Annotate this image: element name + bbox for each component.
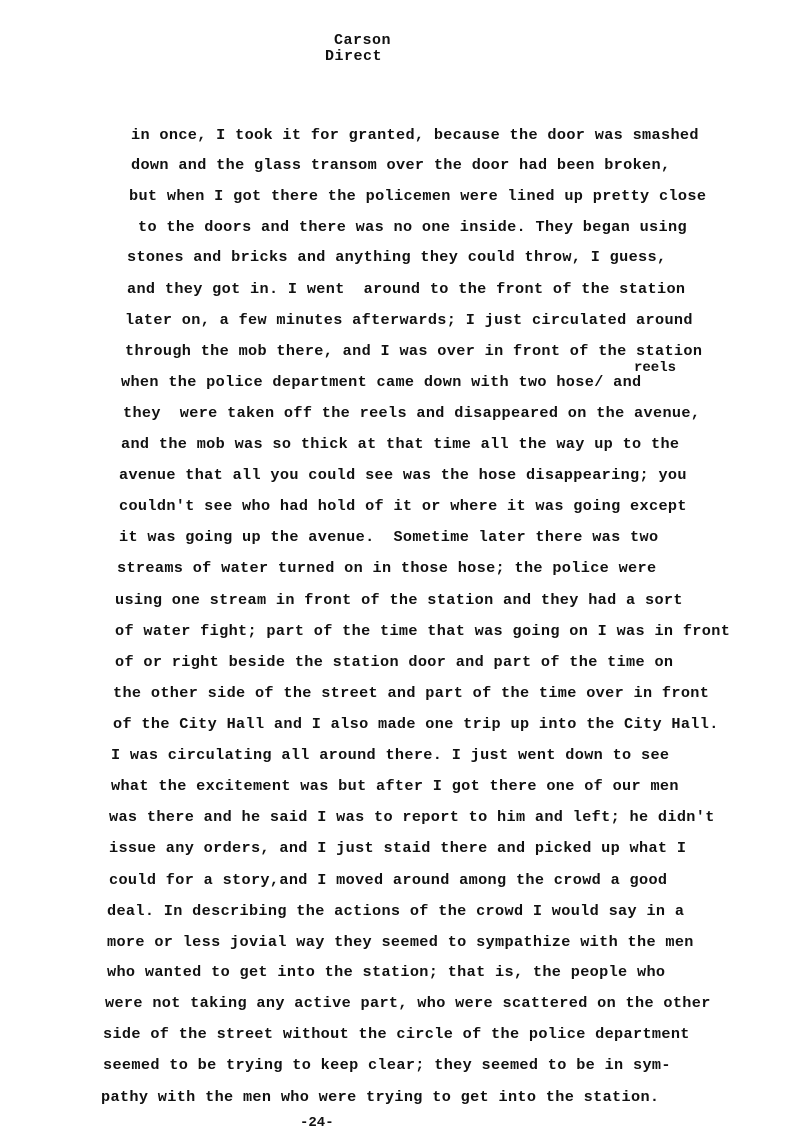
text-line: stones and bricks and anything they coul…: [127, 249, 666, 265]
text-line: pathy with the men who were trying to ge…: [101, 1089, 659, 1105]
text-line: deal. In describing the actions of the c…: [107, 903, 684, 919]
text-line: streams of water turned on in those hose…: [117, 560, 656, 576]
text-line: when the police department came down wit…: [121, 374, 642, 390]
text-line: what the excitement was but after I got …: [111, 778, 679, 794]
text-line: later on, a few minutes afterwards; I ju…: [125, 312, 693, 328]
text-line: down and the glass transom over the door…: [131, 157, 670, 173]
text-line: of water fight; part of the time that wa…: [115, 623, 730, 639]
text-line: more or less jovial way they seemed to s…: [107, 934, 694, 950]
text-line: who wanted to get into the station; that…: [107, 964, 665, 980]
text-line: using one stream in front of the station…: [115, 592, 683, 608]
text-line: of the City Hall and I also made one tri…: [113, 716, 719, 732]
text-line: through the mob there, and I was over in…: [125, 343, 702, 359]
page-number: -24-: [300, 1115, 334, 1131]
text-line: were not taking any active part, who wer…: [105, 995, 711, 1011]
text-line: side of the street without the circle of…: [103, 1026, 690, 1042]
examination-type: Direct: [325, 49, 382, 65]
text-line: could for a story,and I moved around amo…: [109, 872, 667, 888]
text-line: they were taken off the reels and disapp…: [123, 405, 700, 421]
text-line: I was circulating all around there. I ju…: [111, 747, 669, 763]
text-line: seemed to be trying to keep clear; they …: [103, 1057, 671, 1073]
text-line: in once, I took it for granted, because …: [131, 127, 699, 143]
text-line: the other side of the street and part of…: [113, 685, 709, 701]
text-line: it was going up the avenue. Sometime lat…: [119, 529, 658, 545]
text-line: avenue that all you could see was the ho…: [119, 467, 687, 483]
text-line: issue any orders, and I just staid there…: [109, 840, 686, 856]
text-line: but when I got there the policemen were …: [129, 188, 706, 204]
witness-name: Carson: [334, 33, 391, 49]
text-line: to the doors and there was no one inside…: [138, 219, 687, 235]
text-line: of or right beside the station door and …: [115, 654, 673, 670]
transcript-page: Carson Direct in once, I took it for gra…: [0, 0, 800, 1134]
text-line: was there and he said I was to report to…: [109, 809, 715, 825]
text-line: and they got in. I went around to the fr…: [127, 281, 685, 297]
text-line: and the mob was so thick at that time al…: [121, 436, 679, 452]
text-line: couldn't see who had hold of it or where…: [119, 498, 687, 514]
